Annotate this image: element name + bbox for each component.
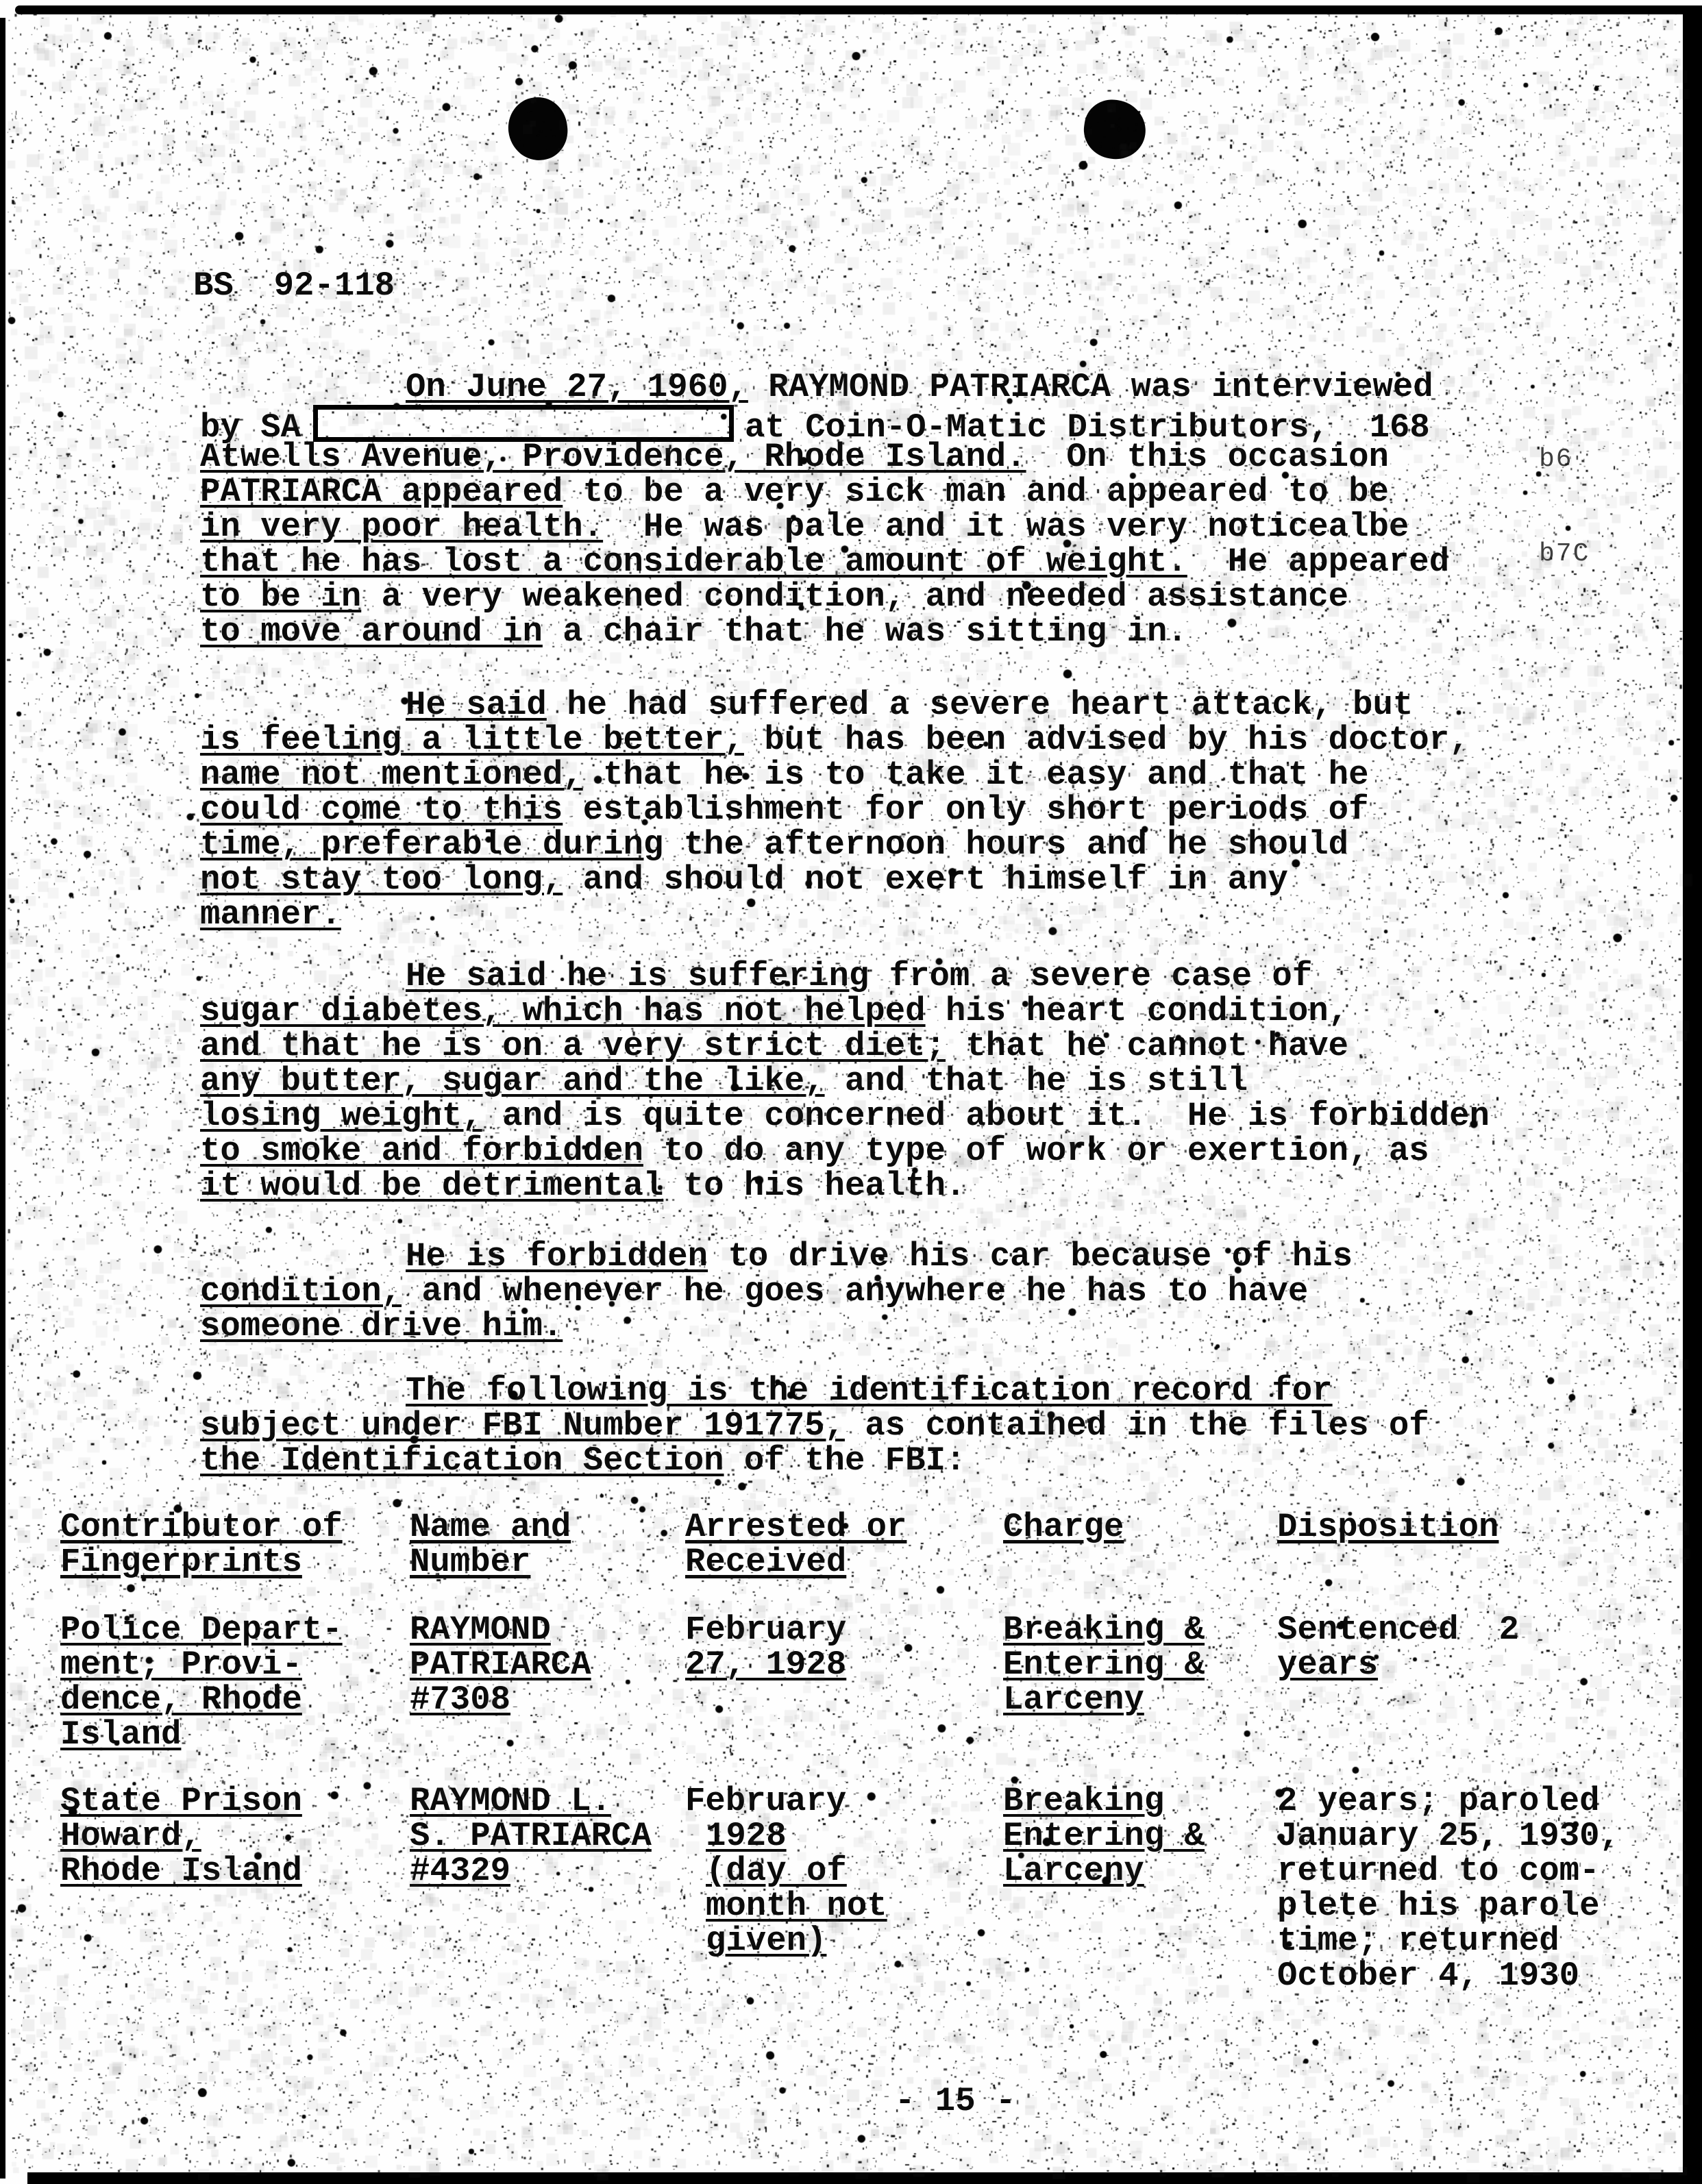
text-run: a very weakened condition, and needed as… [361,578,1348,616]
text-line: in very poor health. He was pale and it … [200,510,1449,545]
table-cell-row2-disposition: 2 years; paroledJanuary 25, 1930,returne… [1277,1784,1620,1994]
paragraph-ident-record-intro: The following is the identification reco… [200,1374,1429,1478]
table-cell-row1-charge: Breaking &Entering &Larceny [1003,1613,1205,1717]
hole-punch-left [505,94,571,164]
underlined-text: name not mentioned, [200,756,583,794]
text-line: returned to com- [1277,1854,1620,1889]
text-line: Received [685,1545,907,1580]
underlined-text: subject under FBI Number 191775, [200,1406,845,1445]
text-line: losing weight, and is quite concerned ab… [200,1099,1490,1134]
text-line: not stay too long, and should not exert … [200,863,1470,897]
text-run: but has been advised by his doctor, [744,721,1470,759]
text-run: returned to com- [1277,1852,1599,1890]
text-line: dence, Rhode [60,1683,343,1717]
paragraph-diabetes: He said he is suffering from a severe ca… [200,959,1490,1204]
text-run: to his health. [663,1167,965,1205]
text-line: Charge [1003,1510,1124,1545]
text-line: time, preferable during the afternoon ho… [200,828,1470,863]
underlined-text: losing weight, [200,1097,482,1135]
text-run: his heart condition, [926,992,1349,1030]
text-line: He said he had suffered a severe heart a… [200,688,1470,723]
underlined-text: condition, [200,1272,402,1311]
table-cell-row1-arrested-received: February27, 1928 [685,1613,846,1683]
text-line: Police Depart- [60,1613,343,1648]
exemption-b7c: b7C [1539,538,1607,570]
underlined-text: sugar diabetes, which has not helped [200,992,926,1030]
text-run: Sentenced 2 [1277,1611,1519,1649]
text-line: Larceny [1003,1854,1205,1889]
text-line: plete his parole [1277,1889,1620,1924]
column-header-arrested-received: Arrested orReceived [685,1510,907,1580]
text-line: PATRIARCA [410,1648,591,1683]
text-line: to smoke and forbidden to do any type of… [200,1134,1490,1169]
text-line: month not [685,1889,887,1924]
text-line: 27, 1928 [685,1648,846,1683]
text-line: Fingerprints [60,1545,343,1580]
underlined-text: to move around in [200,612,543,651]
text-line: RAYMOND [410,1613,591,1648]
text-line: Contributor of [60,1510,343,1545]
underlined-text: Received [685,1543,846,1581]
scan-edge-top [15,5,1702,14]
text-line: could come to this establishment for onl… [200,793,1470,828]
underlined-text: someone drive him. [200,1307,563,1345]
underlined-text: PATRIARCA [410,1646,591,1684]
underlined-text: Howard, [60,1817,201,1855]
text-line: Larceny [1003,1683,1205,1717]
text-line: Entering & [1003,1819,1205,1854]
underlined-text: S. PATRIARCA [410,1817,652,1855]
text-line: Island [60,1717,343,1752]
text-run: as contained in the files of [845,1406,1429,1445]
underlined-text: given) [706,1922,826,1960]
underlined-text: Atwells Avenue, Providence, Rhode Island… [200,438,1026,476]
underlined-text: it would be detrimental [200,1167,663,1205]
underlined-text: that he has lost a considerable amount o… [200,543,1187,581]
scan-edge-bottom [27,2172,1702,2184]
text-line: subject under FBI Number 191775, as cont… [200,1409,1429,1443]
text-run: the afternoon hours and he should [663,826,1348,864]
text-run: 2 years; paroled [1277,1782,1599,1820]
column-header-disposition: Disposition [1277,1510,1498,1545]
underlined-text: years [1277,1646,1378,1684]
table-cell-row2-charge: BreakingEntering &Larceny [1003,1784,1205,1889]
underlined-text: Entering & [1003,1646,1205,1684]
text-run: and that he is still [825,1062,1248,1100]
text-line: and that he is on a very strict diet; th… [200,1029,1490,1064]
exemption-b6: b6 [1539,444,1607,475]
underlined-text: The following is the identification reco… [406,1372,1333,1410]
text-run: that he is to take it easy and that he [583,756,1369,794]
text-line: Entering & [1003,1648,1205,1683]
text-line: February [685,1613,846,1648]
scan-edge-left [0,18,5,2179]
underlined-text: Charge [1003,1508,1124,1546]
underlined-text: RAYMOND [410,1611,551,1649]
text-run: to do any type of work or exertion, as [643,1132,1429,1170]
text-line: RAYMOND L. [410,1784,652,1819]
column-header-contributor: Contributor ofFingerprints [60,1510,343,1580]
text-run: RAYMOND PATRIARCA was interviewed [748,368,1433,406]
underlined-text: RAYMOND L. [410,1782,611,1820]
table-cell-row2-name-number: RAYMOND L.S. PATRIARCA#4329 [410,1784,652,1889]
text-line: Name and [410,1510,571,1545]
underlined-text: in very poor health. [200,508,603,546]
underlined-text: Fingerprints [60,1543,302,1581]
underlined-text: Disposition [1277,1508,1498,1546]
text-run: of the FBI: [724,1441,966,1480]
paragraph-heart-attack: He said he had suffered a severe heart a… [200,688,1470,932]
underlined-text: Entering & [1003,1817,1205,1855]
text-line: Breaking [1003,1784,1205,1819]
underlined-text: to be in [200,578,361,616]
text-run: he had suffered a severe heart attack, b… [547,686,1413,724]
text-line: name not mentioned, that he is to take i… [200,758,1470,793]
text-line: the Identification Section of the FBI: [200,1443,1429,1478]
scanned-fbi-document-page: BS 92-118 b6 b7C On June 27, 1960, RAYMO… [0,0,1702,2184]
underlined-text: PATRIARCA appeared [200,473,563,511]
underlined-text: He said [406,686,547,724]
text-run: He was pale and it was very noticealbe [603,508,1409,546]
underlined-text: Breaking [1003,1782,1164,1820]
underlined-text: month not [706,1887,887,1925]
text-line: Arrested or [685,1510,907,1545]
text-run: from a severe case of [869,957,1312,995]
text-line: Disposition [1277,1510,1498,1545]
exemption-margin-note: b6 b7C [1539,381,1607,633]
underlined-text: to smoke and forbidden [200,1132,643,1170]
text-line: condition, and whenever he goes anywhere… [200,1274,1353,1309]
text-line: time; returned [1277,1924,1620,1959]
text-line: any butter, sugar and the like, and that… [200,1064,1490,1099]
underlined-text: time, preferable during [200,826,663,864]
text-run: that he cannot have [946,1027,1348,1065]
underlined-text: could come to this [200,791,563,829]
text-line: February [685,1784,887,1819]
column-header-charge: Charge [1003,1510,1124,1545]
text-line: sugar diabetes, which has not helped his… [200,994,1490,1029]
table-cell-row1-disposition: Sentenced 2years [1277,1613,1519,1683]
underlined-text: Arrested or [685,1508,907,1546]
underlined-text: He is forbidden [406,1237,708,1276]
text-line: #7308 [410,1683,591,1717]
text-run: January 25, 1930, [1277,1817,1620,1855]
table-cell-row1-contributor: Police Depart-ment, Provi-dence, RhodeIs… [60,1613,343,1752]
underlined-text: 27, 1928 [685,1646,846,1684]
page-number: - 15 - [895,2084,1015,2119]
text-line: manner. [200,897,1470,932]
underlined-text: and that he is on a very strict diet; [200,1027,946,1065]
text-line: is feeling a little better, but has been… [200,723,1470,758]
underlined-text: ment, Provi- [60,1646,302,1684]
text-line: January 25, 1930, [1277,1819,1620,1854]
text-line: Sentenced 2 [1277,1613,1519,1648]
text-line: Atwells Avenue, Providence, Rhode Island… [200,440,1449,475]
underlined-text: Larceny [1003,1680,1144,1719]
text-line: Rhode Island [60,1854,302,1889]
text-line: (day of [685,1854,887,1889]
underlined-text: 1928 [706,1817,787,1855]
text-run: and is quite concerned about it. He is f… [482,1097,1490,1135]
table-cell-row2-arrested-received: February1928(day ofmonth notgiven) [685,1784,887,1959]
underlined-text: is feeling a little better, [200,721,744,759]
text-line: someone drive him. [200,1309,1353,1344]
text-run: plete his parole [1277,1887,1599,1925]
table-cell-row2-contributor: State PrisonHoward,Rhode Island [60,1784,302,1889]
underlined-text: He said he is suffering [406,957,869,995]
underlined-text: Contributor of [60,1508,343,1546]
text-line: years [1277,1648,1519,1683]
text-run: He appeared [1187,543,1449,581]
text-line: 2 years; paroled [1277,1784,1620,1819]
text-line: He said he is suffering from a severe ca… [200,959,1490,994]
text-line: On June 27, 1960, RAYMOND PATRIARCA was … [200,370,1449,405]
underlined-text: dence, Rhode [60,1680,302,1719]
underlined-text: On June 27, 1960, [406,368,748,406]
text-line: Breaking & [1003,1613,1205,1648]
text-line: PATRIARCA appeared to be a very sick man… [200,475,1449,510]
underlined-text: Island [60,1715,181,1754]
paragraph-driving: He is forbidden to drive his car because… [200,1239,1353,1344]
text-line: S. PATRIARCA [410,1819,652,1854]
text-run: and should not exert himself in any [563,860,1288,899]
case-number: BS 92-118 [193,269,395,303]
text-line: The following is the identification reco… [200,1374,1429,1409]
underlined-text: any butter, sugar and the like, [200,1062,825,1100]
table-cell-row1-name-number: RAYMONDPATRIARCA#7308 [410,1613,591,1717]
underlined-text: #7308 [410,1680,510,1719]
text-line: #4329 [410,1854,652,1889]
text-run: time; returned [1277,1922,1559,1960]
text-run: to be a very sick man and appeared to be [563,473,1389,511]
scan-edge-right [1683,11,1702,2184]
text-line: by SAat Coin-O-Matic Distributors, 168 [200,405,1449,440]
hole-punch-right [1080,96,1149,163]
redaction-box [313,405,734,442]
text-line: October 4, 1930 [1277,1959,1620,1994]
underlined-text: Number [410,1543,530,1581]
text-line: it would be detrimental to his health. [200,1169,1490,1204]
underlined-text: #4329 [410,1852,510,1890]
text-line: ment, Provi- [60,1648,343,1683]
text-line: to be in a very weakened condition, and … [200,580,1449,615]
text-run: a chair that he was sitting in. [543,612,1187,651]
column-header-name-number: Name andNumber [410,1510,571,1580]
underlined-text: Larceny [1003,1852,1144,1890]
underlined-text: manner. [200,895,341,934]
text-run: to drive his car because of his [708,1237,1353,1276]
text-line: that he has lost a considerable amount o… [200,545,1449,580]
text-line: to move around in a chair that he was si… [200,615,1449,649]
text-line: Howard, [60,1819,302,1854]
underlined-text: Name and [410,1508,571,1546]
underlined-text: (day of [706,1852,847,1890]
text-run: February [685,1611,846,1649]
underlined-text: Rhode Island [60,1852,302,1890]
underlined-text: the Identification Section [200,1441,724,1480]
text-line: State Prison [60,1784,302,1819]
text-run: February [685,1782,846,1820]
text-run: On this occasion [1026,438,1389,476]
text-line: Number [410,1545,571,1580]
text-line: 1928 [685,1819,887,1854]
underlined-text: Breaking & [1003,1611,1205,1649]
paragraph-interview-intro: On June 27, 1960, RAYMOND PATRIARCA was … [200,370,1449,649]
underlined-text: not stay too long, [200,860,563,899]
text-run: establishment for only short periods of [563,791,1368,829]
text-run: October 4, 1930 [1277,1957,1579,1995]
text-line: given) [685,1924,887,1959]
text-line: He is forbidden to drive his car because… [200,1239,1353,1274]
text-run: and whenever he goes anywhere he has to … [402,1272,1308,1311]
underlined-text: State Prison [60,1782,302,1820]
underlined-text: Police Depart- [60,1611,343,1649]
